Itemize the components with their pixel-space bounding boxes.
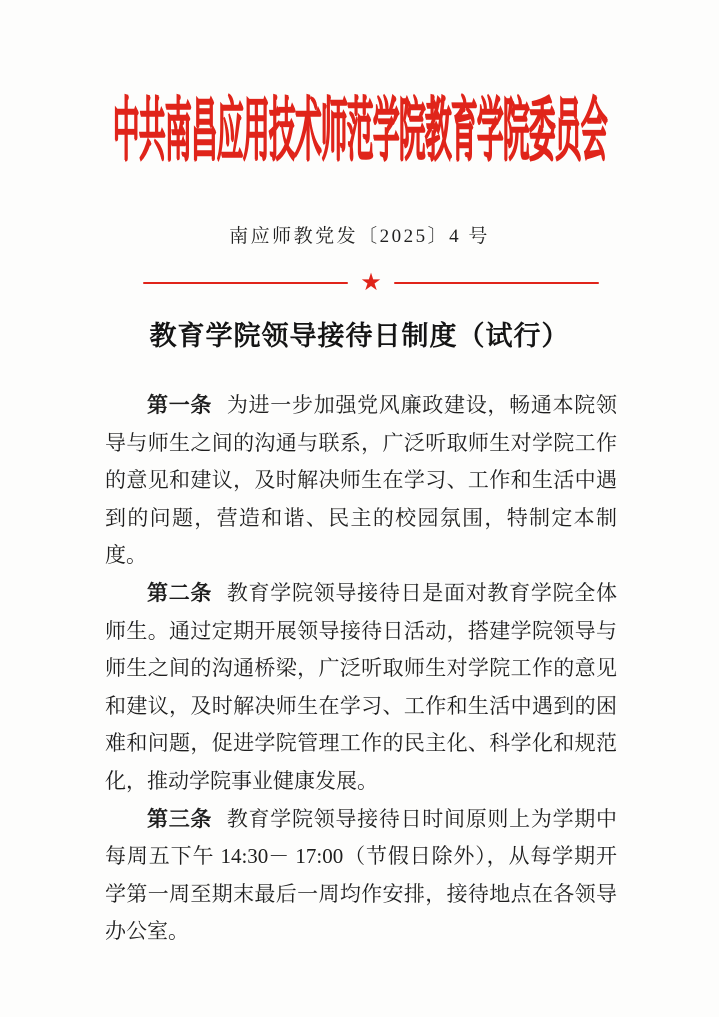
- red-divider: ★: [143, 271, 599, 295]
- article-paragraph: 第三条教育学院领导接待日时间原则上为学期中每周五下午 14:30－ 17:00（…: [105, 801, 617, 951]
- article-2-label: 第二条: [147, 581, 227, 605]
- document-title: 教育学院领导接待日制度（试行）: [0, 314, 719, 353]
- article-1-label: 第一条: [147, 393, 227, 417]
- star-icon: ★: [348, 271, 394, 295]
- article-paragraph: 第一条为进一步加强党风廉政建设，畅通本院领导与师生之间的沟通与联系，广泛听取师生…: [105, 387, 617, 575]
- letterhead-title: 中共南昌应用技术师范学院教育学院委员会: [0, 74, 719, 173]
- document-body: 第一条为进一步加强党风廉政建设，畅通本院领导与师生之间的沟通与联系，广泛听取师生…: [105, 387, 617, 951]
- document-number: 南应师教党发〔2025〕4 号: [0, 221, 719, 248]
- divider-line-left: [143, 282, 348, 284]
- article-paragraph: 第二条教育学院领导接待日是面对教育学院全体师生。通过定期开展领导接待日活动，搭建…: [105, 575, 617, 801]
- article-2-text: 教育学院领导接待日是面对教育学院全体师生。通过定期开展领导接待日活动，搭建学院领…: [105, 581, 617, 793]
- document-page: 中共南昌应用技术师范学院教育学院委员会 南应师教党发〔2025〕4 号 ★ 教育…: [0, 0, 719, 1017]
- divider-line-right: [394, 282, 599, 284]
- article-1-text: 为进一步加强党风廉政建设，畅通本院领导与师生之间的沟通与联系，广泛听取师生对学院…: [105, 393, 617, 567]
- article-3-label: 第三条: [147, 807, 227, 831]
